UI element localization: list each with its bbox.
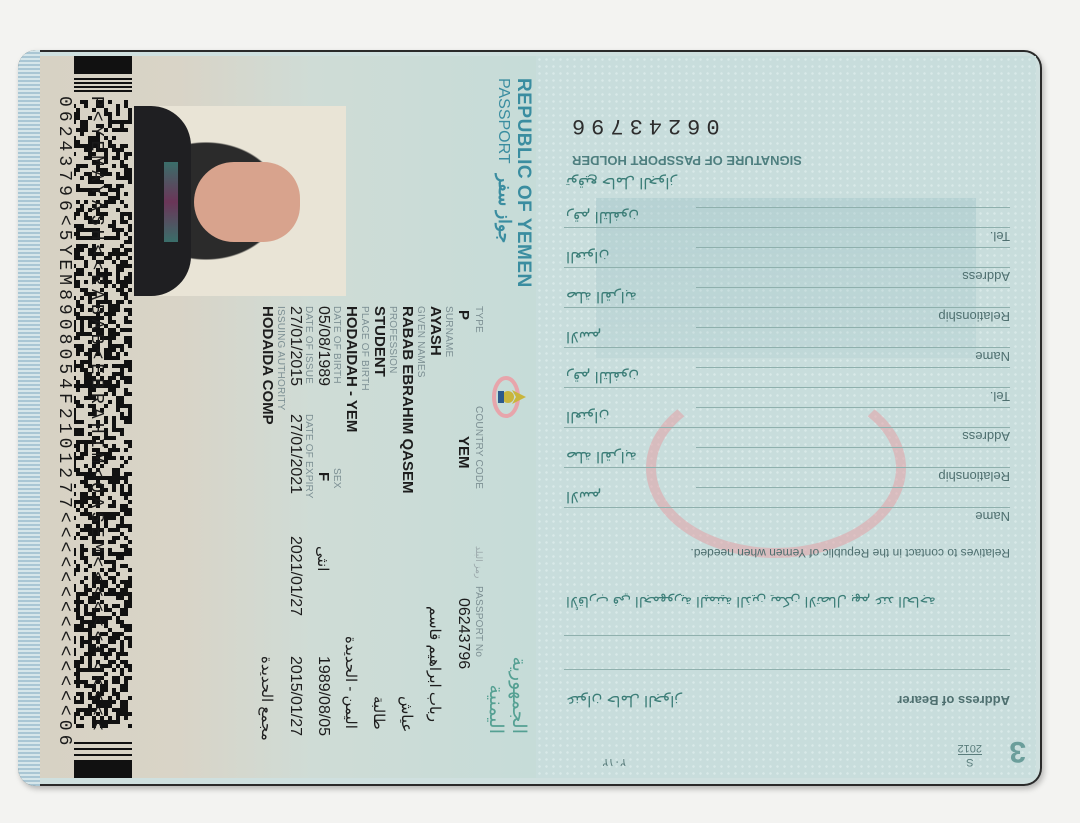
contact-1-name-label: Name <box>975 509 1010 524</box>
type-value: P <box>455 310 472 320</box>
passport-edge <box>18 50 40 786</box>
date-of-expiry-label: DATE OF EXPIRY <box>303 414 314 499</box>
given-names-value: RABAB EBRAHIM QASEM <box>399 306 416 494</box>
issuing-authority-value: HODAIDA COMP <box>259 306 276 425</box>
contact-1-address-arabic: العنوان <box>566 408 609 426</box>
document-label: PASSPORT <box>494 78 512 164</box>
page-series-arabic: ٢٠١٢ <box>602 755 626 768</box>
date-of-expiry-value: 27/01/2021 <box>286 414 304 494</box>
perforated-number: 06243796 <box>566 102 886 138</box>
place-of-birth-label: PLACE OF BIRTH <box>359 306 370 391</box>
relatives-note-arabic: الأقارب في الجمهورية اليمنية الذين يمكن … <box>566 593 936 610</box>
date-of-issue-value: 27/01/2015 <box>286 306 304 386</box>
contact-1-relationship-label: Relationship <box>938 469 1010 484</box>
profession-value: STUDENT <box>371 306 388 377</box>
signature-label-arabic: توقيع حامل الجواز <box>566 174 677 192</box>
mrz-line-2: 06243796<5YEM8908054F2101277<<<<<<<<<<<<… <box>54 96 74 749</box>
date-of-birth-label: DATE OF BIRTH <box>331 306 342 384</box>
place-of-birth-arabic: اليمن - الحديدة <box>342 636 360 729</box>
contact-2-relationship-arabic: صلة القرابة <box>566 288 637 306</box>
contact-1-address-label: Address <box>962 429 1010 444</box>
contact-1-relationship-field[interactable] <box>696 447 1010 448</box>
passport-data-page: REPUBLIC OF YEMEN PASSPORT جواز سفر الجم… <box>40 56 536 778</box>
contact-2-relationship-label: Relationship <box>938 309 1010 324</box>
profession-arabic: طالبة <box>370 696 388 730</box>
contact-1-name-field[interactable] <box>696 487 1010 488</box>
date-of-issue-label: DATE OF ISSUE <box>303 306 314 384</box>
contact-2-name-field[interactable] <box>696 327 1010 328</box>
full-name-arabic: رباب ابراهيم قاسم <box>426 606 444 722</box>
page-number: 3 <box>1009 734 1026 768</box>
sex-label: SEX <box>331 468 342 489</box>
date-of-issue-arabic: 2015/01/27 <box>286 656 304 736</box>
sex-arabic: انثى <box>314 546 332 571</box>
date-of-expiry-arabic: 2021/01/27 <box>286 536 304 616</box>
country-code-value: YEM <box>455 436 472 469</box>
passport-scan: REPUBLIC OF YEMEN PASSPORT جواز سفر الجم… <box>18 50 1042 786</box>
contact-2-address-label: Address <box>962 269 1010 284</box>
mrz-line-1: P<YEMAYASH<<RABAB<EBRAHIM<QASEM<<<<<<<<<… <box>86 96 106 735</box>
contact-1-name-arabic: الاسم <box>566 488 601 506</box>
series-letter: S <box>958 755 982 768</box>
country-code-label: COUNTRY CODE <box>473 406 484 489</box>
passport-contacts-page: 3 S 2012 ٢٠١٢ Address of Bearer عنوان حا… <box>536 56 1036 778</box>
page-series: S 2012 <box>958 741 982 768</box>
document-label-arabic: جواز سفر <box>494 174 514 243</box>
given-names-label: GIVEN NAMES <box>415 306 426 378</box>
contact-2-relationship-field[interactable] <box>696 287 1010 288</box>
contact-1-tel-label: Tel. <box>990 389 1010 404</box>
building-watermark <box>596 198 976 358</box>
sex-value: F <box>315 472 332 481</box>
contact-2-tel-label: Tel. <box>990 229 1010 244</box>
surname-label: SURNAME <box>443 306 454 357</box>
issuing-authority-arabic: مجمع الحديدة <box>258 656 276 741</box>
place-of-birth-value: HODAIDAH - YEM <box>343 306 360 432</box>
surname-arabic: عياش <box>398 696 416 732</box>
yemen-eagle-emblem-icon <box>490 374 530 420</box>
contact-1-tel-arabic: رقم التلفون <box>566 368 639 386</box>
issuing-authority-label: ISSUING AUTHORITY <box>275 306 286 411</box>
contact-2-address-field[interactable] <box>696 247 1010 248</box>
relatives-note: Relatives to contact in the Republic of … <box>690 546 1010 560</box>
date-of-birth-value: 05/08/1989 <box>314 306 332 386</box>
contact-2-name-label: Name <box>975 349 1010 364</box>
address-of-bearer-label: Address of Bearer <box>897 693 1010 708</box>
contact-2-name-arabic: الاسم <box>566 328 601 346</box>
surname-value: AYASH <box>427 306 444 356</box>
passport-no-value: 06243796 <box>454 598 472 669</box>
holder-photo <box>134 106 346 296</box>
type-label: TYPE <box>473 306 484 333</box>
contact-2-tel-arabic: رقم التلفون <box>566 208 639 226</box>
country-code-label-arabic: رمز البلد <box>473 546 484 578</box>
contact-1-address-field[interactable] <box>696 407 1010 408</box>
contact-2-address-arabic: العنوان <box>566 248 609 266</box>
signature-label: SIGNATURE OF PASSPORT HOLDER <box>572 153 802 168</box>
official-stamp: الجمهورية اليمنية <box>490 604 530 734</box>
date-of-birth-arabic: 1989/08/05 <box>314 656 332 736</box>
contact-1-relationship-arabic: صلة القرابة <box>566 448 637 466</box>
series-year: 2012 <box>958 741 982 755</box>
contact-1-tel-field[interactable] <box>696 367 1010 368</box>
country-title: REPUBLIC OF YEMEN <box>512 78 534 288</box>
coat-of-arms-watermark <box>646 378 906 558</box>
passport-no-label: PASSPORT No <box>473 586 484 657</box>
address-of-bearer-arabic: عنوان حامل الجواز <box>566 692 682 710</box>
passport-fields: TYPE P COUNTRY CODE YEM رمز البلد PASSPO… <box>104 306 484 776</box>
profession-label: PROFESSION <box>387 306 398 374</box>
contact-2-tel-field[interactable] <box>696 207 1010 208</box>
